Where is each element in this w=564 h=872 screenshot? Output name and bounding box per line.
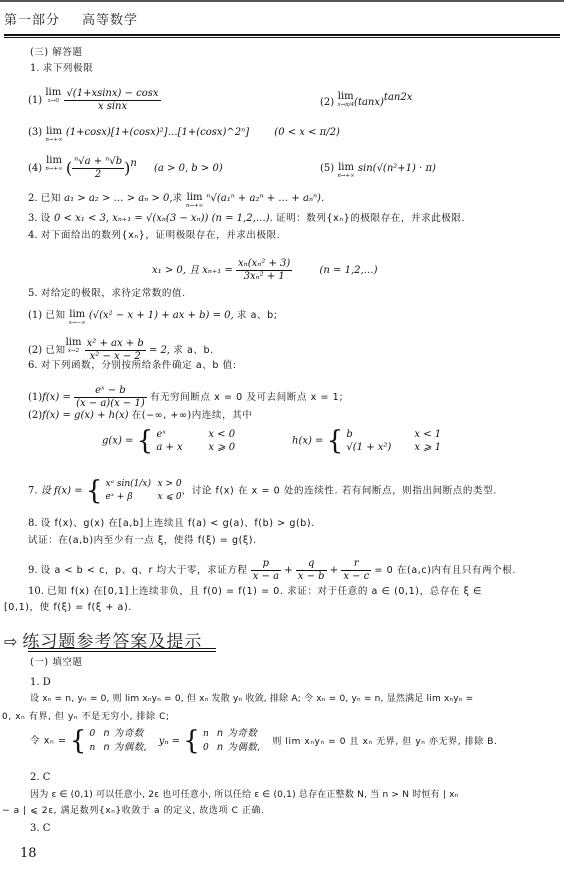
fraction: √(1+xsinx) − cosxx sinx [64,88,160,113]
answer-2-label: 2. C [30,772,50,784]
limit: limx→0 [45,88,61,104]
header-rule [4,34,560,36]
q1-item-5: (5) limn→+∞ sin(√(n²+1) · π) [320,163,436,179]
q6-item-2: (2)f(x) = g(x) + h(x) 在(−∞, +∞)内连续，其中 [28,410,252,422]
answer-1-line3: 令 xₙ = { 0n 为奇数 nn 为偶数, yₙ = { nn 为奇数 0n… [30,727,498,755]
answer-3-label: 3. C [30,823,50,835]
question-8: 8. 设 f(x)、g(x) 在[a,b]上连续且 f(a) < g(a)、f(… [28,518,315,530]
title-underline [28,648,216,649]
q1-item-1: (1) limx→0 √(1+xsinx) − cosxx sinx [28,88,161,113]
header-rule-thin [4,37,560,38]
question-3: 3. 设 0 < x₁ < 3, xₙ₊₁ = √(xₙ(3 − xₙ)) (n… [28,213,465,225]
q5-item-1: (1) 已知 limx→−∞ (√(x² − x + 1) + ax + b) … [28,310,278,326]
question-5: 5. 对给定的极限，求待定常数的值. [28,288,186,300]
page-number: 18 [20,846,37,861]
header-part: 第一部分 [4,13,60,28]
question-2: 2. 已知 a₁ > a₂ > … > aₙ > 0,求 limn→+∞ ⁿ√(… [28,193,324,209]
question-4: 4. 对下面给出的数列{xₙ}，证明极限存在，并求出极限. [28,230,280,242]
q1-item-3: (3) limn→+∞ (1+cosx)[1+(cosx)²]…[1+(cosx… [28,127,340,143]
header-subject: 高等数学 [82,13,138,28]
q6-item-1: (1)f(x) = eˣ − b(x − a)(x − 1) 有无穷间断点 x … [28,385,343,410]
question-8-line2: 试证：在(a,b)内至少有一点 ξ，使得 f(ξ) = g(ξ). [28,535,257,547]
question-10-line2: [0,1)，使 f(ξ) = f(ξ + a). [4,602,132,614]
q6-g-function: g(x) = { eˣx < 0 a + xx ⩾ 0 [102,428,235,454]
title-underline-2 [28,651,216,652]
running-header: 第一部分高等数学 [4,9,138,28]
answer-2-line1: 因为 ε ∈ (0,1) 可以任意小, 2ε 也可任意小, 所以任给 ε ∈ (… [30,789,458,801]
q1-item-4: (4) limn→+∞ (ⁿ√a + ⁿ√b2)n (a > 0, b > 0) [28,156,223,181]
question-7: 7. 设 f(x) = { xᵃ sin(1/x)x > 0 eˣ + βx ⩽… [28,478,497,504]
section-title-solve: (三) 解答题 [30,47,83,59]
q1-item-2: (2) limx→π/4(tanx)tan2x [320,92,412,109]
answer-1-line1: 设 xₙ = n, yₙ = 0, 则 lim xₙyₙ = 0, 但 xₙ 发… [30,693,473,705]
q6-h-function: h(x) = { bx < 1 √(1 + x²)x ⩾ 1 [292,428,441,454]
answer-1-label: 1. D [30,677,51,689]
answer-2-line2: − a | ⩽ 2ε, 满足数列{xₙ}收敛于 a 的定义, 故选项 C 正确. [2,805,265,817]
question-10: 10. 已知 f(x) 在[0,1]上连续非负，且 f(0) = f(1) = … [28,586,482,598]
question-6: 6. 对下列函数，分别按所给条件确定 a、b 值: [28,360,237,372]
answers-part1-title: (一) 填空题 [30,657,83,669]
arrow-icon: ⇨ [4,632,18,651]
top-border [0,0,564,2]
question-9: 9. 设 a < b < c，p、q、r 均大于零，求证方程 px − a + … [28,558,516,583]
q4-formula: x₁ > 0, 且 xₙ₊₁ = xₙ(xₙ² + 3)3xₙ² + 1 (n … [152,258,378,283]
question-1: 1. 求下列极限 [30,63,93,75]
answer-1-line2: 0, xₙ 有界, 但 yₙ 不是无穷小, 排除 C; [2,711,170,723]
